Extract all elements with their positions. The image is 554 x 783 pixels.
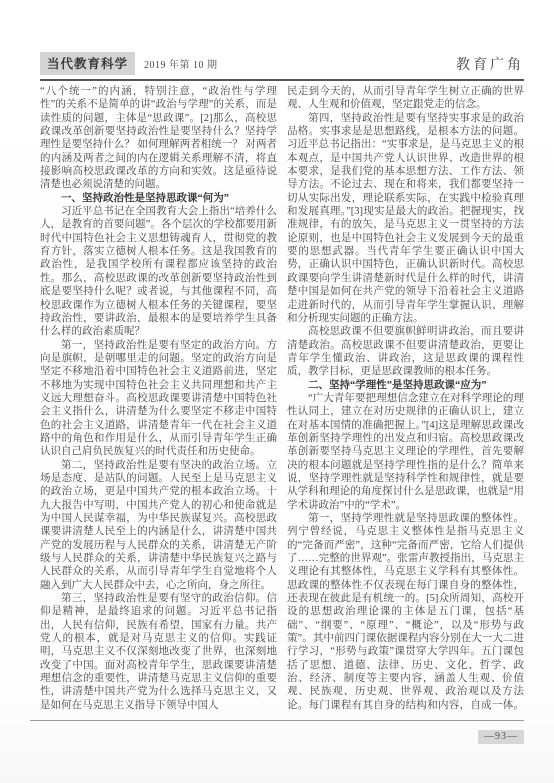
body-paragraph: 第二，坚持政治性是要有坚决的政治立场。立场是态度、是站队的问题。人民至上是马克思… bbox=[40, 459, 277, 592]
body-paragraph: 习近平总书记在全国教育大会上指出“培养什么人，是教育的首要问题”。各个层次的学校… bbox=[40, 205, 277, 338]
journal-page: 当代教育科学 2019 年第 10 期 教育广角 “八个统一”的内涵，特别注意，… bbox=[0, 0, 554, 783]
footer-divider bbox=[30, 720, 524, 721]
section-heading: 二、坚持“学理性”是坚持思政课“应为” bbox=[287, 379, 524, 392]
body-paragraph: 第四，坚持政治性是要有坚持实事求是的政治品格。实事求是是思想路线，是根本方法的问… bbox=[287, 112, 524, 326]
left-column: “八个统一”的内涵，特别注意，“政治性与学理性”的关系不是简单的讲“政治与学理”… bbox=[40, 85, 277, 711]
body-paragraph: 民走到今天的，从而引导青年学生树立正确的世界观、人生观和价值观，坚定跟党走的信念… bbox=[287, 85, 524, 112]
body-paragraph: 第一，坚持政治性是要有坚定的政治方向。方向是旗帜，是朝哪里走的问题。坚定的政治方… bbox=[40, 339, 277, 459]
page-header: 当代教育科学 2019 年第 10 期 教育广角 bbox=[40, 52, 524, 81]
header-row: 当代教育科学 2019 年第 10 期 教育广角 bbox=[40, 52, 524, 75]
article-body: “八个统一”的内涵，特别注意，“政治性与学理性”的关系不是简单的讲“政治与学理”… bbox=[40, 85, 524, 711]
page-footer: —93— bbox=[30, 720, 524, 744]
body-paragraph: 第一，坚持学理性就是坚持思政课的整体性。列宁曾经说，马克思主义整体性是指马克思主… bbox=[287, 512, 524, 711]
journal-name-badge: 当代教育科学 bbox=[40, 52, 135, 75]
body-paragraph: “八个统一”的内涵，特别注意，“政治性与学理性”的关系不是简单的讲“政治与学理”… bbox=[40, 85, 277, 192]
section-heading: 一、坚持政治性是坚持思政课“何为” bbox=[40, 192, 277, 205]
body-paragraph: 高校思政课不但要旗帜鲜明讲政治，而且要讲清楚政治。高校思政课不但要讲清楚政治，更… bbox=[287, 325, 524, 378]
right-column: 民走到今天的，从而引导青年学生树立正确的世界观、人生观和价值观，坚定跟党走的信念… bbox=[287, 85, 524, 711]
issue-label: 2019 年第 10 期 bbox=[144, 56, 218, 71]
footer-row: —93— bbox=[30, 726, 524, 744]
section-label: 教育广角 bbox=[456, 54, 524, 74]
header-divider bbox=[40, 79, 524, 81]
body-paragraph: 第三，坚持政治性是要有坚守的政治信仰。信仰是精神，是最终追求的问题。习近平总书记… bbox=[40, 592, 277, 711]
body-paragraph: “广大青年要把理想信念建立在对科学理论的理性认同上，建立在对历史规律的正确认识上… bbox=[287, 392, 524, 512]
page-number: —93— bbox=[478, 730, 524, 744]
